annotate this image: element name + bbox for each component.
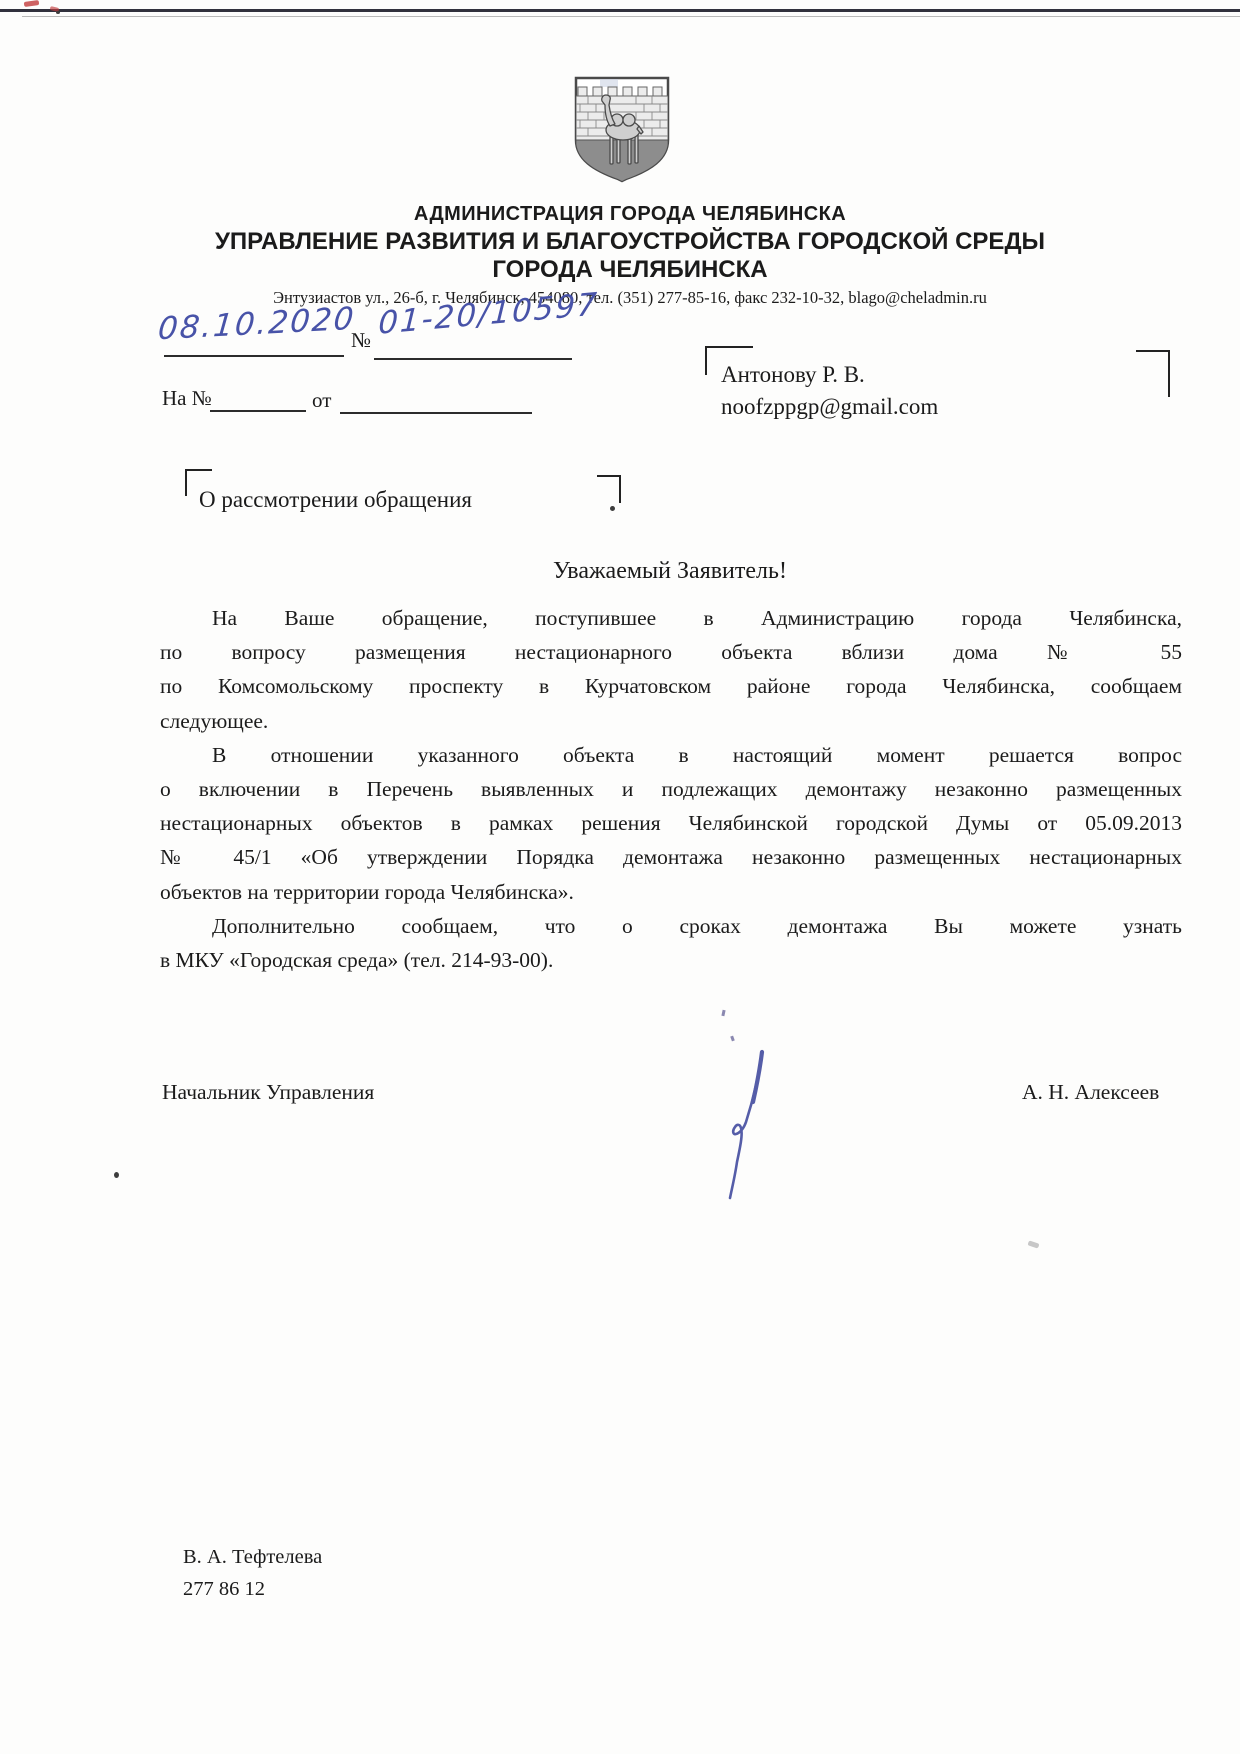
executor-name: В. А. Тефтелева: [183, 1546, 322, 1569]
reply-number-underline: [210, 409, 306, 412]
scan-speck: [1027, 1240, 1039, 1248]
recipient-email: noofzppgp@gmail.com: [721, 394, 938, 420]
signer-name: А. Н. Алексеев: [1022, 1080, 1159, 1105]
scan-speck: [114, 1172, 119, 1178]
scan-speck: [56, 11, 60, 14]
body-text: На Ваше обращение, поступившее в Админис…: [160, 601, 1182, 977]
salutation: Уважаемый Заявитель!: [160, 558, 1180, 585]
body-line: о включении в Перечень выявленных и подл…: [160, 772, 1182, 806]
recipient-name: Антонову Р. В.: [721, 362, 865, 388]
date-underline: [164, 354, 344, 357]
reply-date-underline: [340, 411, 532, 414]
body-line: по Комсомольскому проспекту в Курчатовск…: [160, 669, 1182, 703]
subject-right-bracket-icon: [597, 475, 621, 503]
body-line: нестационарных объектов в рамках решения…: [160, 806, 1182, 840]
body-line: следующее.: [160, 704, 1182, 738]
subject-line: О рассмотрении обращения: [199, 487, 472, 513]
ink-speck: [721, 1010, 725, 1016]
reply-to-number-label: На №: [162, 386, 212, 411]
scan-edge-line-thin: [22, 16, 1240, 17]
page-corner-bracket-icon: [1136, 350, 1170, 397]
chelyabinsk-coat-of-arms-icon: [572, 74, 672, 184]
body-line: В отношении указанного объекта в настоящ…: [160, 738, 1182, 772]
body-line: Дополнительно сообщаем, что о сроках дем…: [160, 909, 1182, 943]
body-line: № 45/1 «Об утверждении Порядка демонтажа…: [160, 840, 1182, 874]
body-line: На Ваше обращение, поступившее в Админис…: [160, 601, 1182, 635]
org-name-line1: АДМИНИСТРАЦИЯ ГОРОДА ЧЕЛЯБИНСКА: [20, 203, 1240, 226]
body-line: в МКУ «Городская среда» (тел. 214-93-00)…: [160, 943, 1182, 977]
number-underline: [374, 357, 572, 360]
ink-dot: [610, 506, 615, 511]
handwritten-signature-icon: [700, 1030, 800, 1215]
scanned-letter-page: АДМИНИСТРАЦИЯ ГОРОДА ЧЕЛЯБИНСКА УПРАВЛЕН…: [0, 0, 1240, 1754]
org-address-line: Энтузиастов ул., 26-б, г. Челябинск, 454…: [20, 288, 1240, 308]
signer-position: Начальник Управления: [162, 1080, 374, 1105]
org-name-line2: УПРАВЛЕНИЕ РАЗВИТИЯ И БЛАГОУСТРОЙСТВА ГО…: [20, 228, 1240, 256]
red-pen-mark: [24, 0, 40, 7]
executor-phone: 277 86 12: [183, 1578, 265, 1601]
scan-edge-line: [0, 9, 1240, 12]
body-line: объектов на территории города Челябинска…: [160, 875, 1182, 909]
reply-from-date-label: от: [312, 388, 331, 413]
org-name-line3: ГОРОДА ЧЕЛЯБИНСКА: [20, 256, 1240, 284]
number-sign-label: №: [351, 328, 371, 353]
body-line: по вопросу размещения нестационарного об…: [160, 635, 1182, 669]
